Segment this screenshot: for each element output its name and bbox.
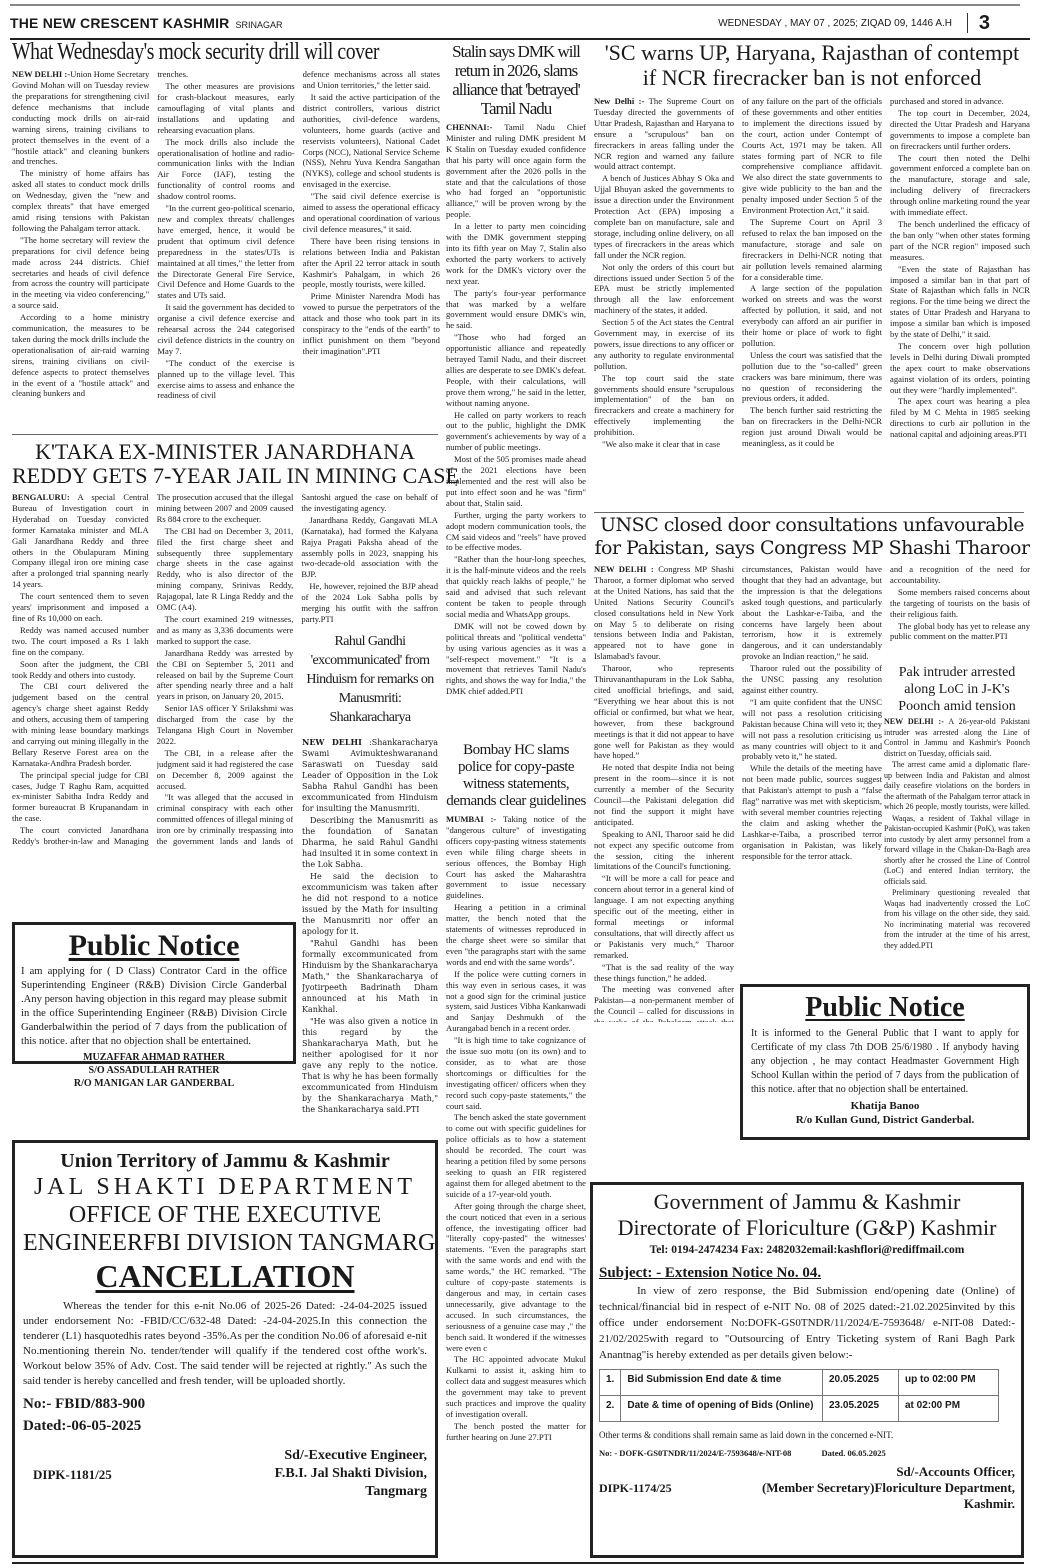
- notice-ref-line: No: - DOFK-GS0TNDR/11/2024/E-7593648/e-N…: [599, 1448, 1015, 1458]
- notice-ref-number: No:- FBID/883-900: [23, 1393, 427, 1415]
- paragraph: Waqas, a resident of Takhal village in P…: [884, 814, 1030, 888]
- paragraph: "The conduct of the exercise is planned …: [157, 358, 294, 402]
- headline-line-1: K'TAKA EX-MINISTER JANARDHANA: [12, 440, 438, 464]
- signatory-name: MUZAFFAR AHMAD RATHER: [21, 1051, 287, 1064]
- headline: 'SC warns UP, Haryana, Rajasthan of cont…: [594, 40, 1030, 90]
- paragraph: Tharoor ruled out the possibility of the…: [742, 663, 882, 696]
- paragraph: circumstances, Pakistan would have thoug…: [742, 564, 882, 662]
- paragraph: "It was alleged that the accused in crim…: [157, 792, 294, 848]
- article-sc-firecracker: 'SC warns UP, Haryana, Rajasthan of cont…: [594, 40, 1030, 508]
- dipk-number: DIPK-1174/25: [599, 1481, 672, 1496]
- dateline: NEW DELHI :: [594, 564, 654, 574]
- headline: Stalin says DMK will return in 2026, sla…: [446, 42, 586, 118]
- paragraph: Prime Minister Narendra Modi has vowed t…: [303, 291, 440, 356]
- paragraph: The court examined 219 witnesses, and as…: [157, 614, 294, 647]
- paragraph: The bench underlined the efficacy of the…: [890, 219, 1030, 263]
- column-2: The prosecution accused that the illegal…: [157, 492, 294, 848]
- paragraph: A bench of Justices Abhay S Oka and Ujja…: [594, 173, 734, 260]
- notice-signatory: Sd/-Accounts Officer, (Member Secretary)…: [762, 1464, 1015, 1512]
- paragraph: The bench posted the matter for further …: [446, 1421, 586, 1443]
- notice-signatory: MUZAFFAR AHMAD RATHER S/O ASSADULLAH RAT…: [21, 1051, 287, 1090]
- signatory-department: (Member Secretary)Floriculture Departmen…: [762, 1480, 1015, 1496]
- notice-ref-number: No: - DOFK-GS0TNDR/11/2024/E-7593648/e-N…: [599, 1448, 791, 1458]
- notice-body: It is informed to the General Public tha…: [751, 1027, 1019, 1097]
- column-1: BENGALURU: A special Central Bureau of I…: [12, 492, 149, 848]
- paragraph: "We also make it clear that in case: [594, 439, 734, 450]
- paragraph: According to a home ministry communicati…: [12, 312, 149, 399]
- paragraph: purchased and stored in advance.: [890, 96, 1030, 107]
- signatory-title: Sd/-Accounts Officer,: [762, 1464, 1015, 1480]
- notice-footer: Sd/-Executive Engineer, F.B.I. Jal Shakt…: [23, 1447, 427, 1527]
- bid-schedule-table: 1. Bid Submission End date & time 20.05.…: [599, 1369, 999, 1422]
- paragraph: The court sentenced them to seven years'…: [12, 591, 149, 624]
- paragraph: The meeting was convened after Pakistan—…: [594, 984, 734, 1022]
- row-number: 1.: [600, 1370, 621, 1396]
- headline: Bombay HC slams police for copy-paste wi…: [446, 742, 586, 810]
- paragraph: "In the current geo-political scenario, …: [157, 203, 294, 301]
- paragraph: Senior IAS officer Y Srilakshmi was disc…: [157, 703, 294, 747]
- article-bombay-hc: Bombay HC slams police for copy-paste wi…: [446, 742, 586, 1559]
- column-1: New Delhi :- The Supreme Court on Tuesda…: [594, 96, 734, 508]
- paragraph: "He was also given a notice in this rega…: [302, 1016, 438, 1115]
- paragraph: He noted that despite India not being pr…: [594, 762, 734, 827]
- notice-authority: Union Territory of Jammu & Kashmir: [23, 1149, 427, 1173]
- paragraph: DMK will not be cowed down by political …: [446, 621, 586, 697]
- paragraph: If the police were cutting corners in th…: [446, 969, 586, 1034]
- headline: Pak intruder arrested along LoC in J-K's…: [884, 664, 1030, 715]
- column-3: and a recognition of the need for accoun…: [890, 564, 1030, 644]
- row-number: 2.: [600, 1396, 621, 1422]
- jal-shakti-cancellation-notice: Union Territory of Jammu & Kashmir JAL S…: [12, 1140, 438, 1558]
- paragraph: Some members raised concerns about the t…: [890, 587, 1030, 620]
- paragraph: The mock drills also include the operati…: [157, 137, 294, 202]
- column-2: of any failure on the part of the offici…: [742, 96, 882, 508]
- notice-title: Public Notice: [21, 929, 287, 963]
- paragraph: He, however, rejoined the BJP ahead of t…: [301, 581, 438, 625]
- notice-signatory: Sd/-Executive Engineer, F.B.I. Jal Shakt…: [275, 1447, 427, 1501]
- signatory-location: Kashmir.: [762, 1496, 1015, 1512]
- column-2: trenches. The other measures are provisi…: [157, 69, 294, 427]
- signatory-location: Tangmarg: [275, 1483, 427, 1501]
- article-body: CHENNAI:- Tamil Nadu Chief Minister and …: [446, 122, 586, 722]
- paragraph: Not only the orders of this court but di…: [594, 262, 734, 317]
- table-row: 2. Date & time of opening of Bids (Onlin…: [600, 1396, 999, 1422]
- headline-line-2: REDDY GETS 7-YEAR JAIL IN MINING CASE: [12, 464, 438, 488]
- notice-department: JAL SHAKTI DEPARTMENT: [23, 1173, 427, 1201]
- notice-date: Dated. 06.05.2025: [821, 1448, 885, 1458]
- paragraph: trenches.: [157, 69, 294, 80]
- article-body: NEW DELHI :-Union Home Secretary Govind …: [12, 69, 440, 427]
- paragraph: The HC appointed advocate Mukul Kulkarni…: [446, 1354, 586, 1419]
- newspaper-title: THE NEW CRESCENT KASHMIR: [10, 15, 229, 31]
- paragraph: “It will be more a call for peace and co…: [594, 873, 734, 960]
- paragraph: There have been rising tensions in relat…: [303, 236, 440, 291]
- paragraph: The prosecution accused that the illegal…: [157, 492, 294, 525]
- headline-line-1: UNSC closed door consultations unfavoura…: [594, 514, 1030, 537]
- paragraph: "It is high time to take cognizance of t…: [446, 1035, 586, 1111]
- notice-title: CANCELLATION: [23, 1257, 427, 1295]
- paragraph: As of now, no formal statement has been …: [742, 862, 882, 864]
- article-pak-intruder: Pak intruder arrested along LoC in J-K's…: [884, 664, 1030, 1007]
- column-1: NEW DELHI :-Union Home Secretary Govind …: [12, 69, 149, 427]
- article-mock-drill: What Wednesday's mock security drill wil…: [12, 40, 440, 427]
- signatory-parent: S/O ASSADULLAH RATHER: [21, 1064, 287, 1077]
- dateline: MUMBAI :-: [446, 814, 496, 824]
- paragraph: Soon after the judgment, the CBI took Re…: [12, 659, 149, 681]
- row-time: up to 02:00 PM: [899, 1370, 999, 1396]
- paragraph: The court convicted Janardhana Reddy's b…: [12, 825, 149, 848]
- paragraph: The bench asked the state government to …: [446, 1112, 586, 1199]
- column-1: NEW DELHI : Congress MP Shashi Tharoor, …: [594, 564, 734, 1022]
- paragraph: The top court said the state governments…: [594, 373, 734, 438]
- column-3: purchased and stored in advance. The top…: [890, 96, 1030, 508]
- dateline: CHENNAI:-: [446, 122, 492, 132]
- paragraph: He called on party workers to reach out …: [446, 410, 586, 454]
- notice-body: In view of zero response, the Bid Submis…: [599, 1283, 1015, 1363]
- paragraph: Preliminary questioning revealed that Wa…: [884, 888, 1030, 951]
- notice-body: Whereas the tender for this e-nit No.06 …: [23, 1299, 427, 1389]
- article-body: MUMBAI :- Taking notice of the "dangerou…: [446, 814, 586, 1559]
- paragraph: "The said civil defence exercise is aime…: [303, 191, 440, 235]
- notice-office: OFFICE OF THE EXECUTIVE: [23, 1201, 427, 1229]
- notice-footer: Sd/-Accounts Officer, (Member Secretary)…: [599, 1464, 1015, 1524]
- paragraph: The Supreme Court on Tuesday directed th…: [594, 96, 734, 171]
- paragraph: "The home secretary will review the prep…: [12, 235, 149, 311]
- article-rahul-gandhi: Rahul Gandhi 'excommunicated' from Hindu…: [302, 632, 438, 1157]
- divider: [12, 434, 438, 435]
- headline-line-1: 'SC warns UP, Haryana, Rajasthan of cont…: [594, 40, 1030, 65]
- paragraph: Section 5 of the Act states the Central …: [594, 317, 734, 372]
- paragraph: "Rahul Gandhi has been formally excommun…: [302, 938, 438, 1015]
- top-rule: [10, 4, 1020, 6]
- notice-body: I am applying for ( D Class) Contrator C…: [21, 965, 287, 1049]
- headline: UNSC closed door consultations unfavoura…: [594, 514, 1030, 560]
- headline: K'TAKA EX-MINISTER JANARDHANA REDDY GETS…: [12, 440, 438, 488]
- paragraph: A special Central Bureau of Investigatio…: [12, 492, 149, 589]
- paragraph: Describing the Manusmriti as the foundat…: [302, 815, 438, 870]
- notice-signatory: Khatija Banoo R/o Kullan Gund, District …: [751, 1099, 1019, 1127]
- paragraph: The global body has yet to release any p…: [890, 621, 1030, 643]
- paragraph: of any failure on the part of the offici…: [742, 96, 882, 216]
- paragraph: The bench further said restricting the b…: [742, 405, 882, 449]
- table-row: 1. Bid Submission End date & time 20.05.…: [600, 1370, 999, 1396]
- headline-line-2: if NCR firecracker ban is not enforced: [594, 65, 1030, 90]
- paragraph: The arrest came amid a diplomatic flare-…: [884, 760, 1030, 813]
- notice-title: Public Notice: [751, 991, 1019, 1025]
- paragraph: Reddy was named accused number two. The …: [12, 625, 149, 658]
- paragraph: Janardhana Reddy, Gangavati MLA (Karnata…: [301, 515, 438, 580]
- paragraph: Congress MP Shashi Tharoor, a former dip…: [594, 564, 734, 661]
- article-body: NEW DELHI :Shankaracharya Swami Avimukte…: [302, 737, 438, 1157]
- floriculture-extension-notice: Government of Jammu & Kashmir Directorat…: [590, 1182, 1024, 1558]
- signatory-address: R/o Kullan Gund, District Ganderbal.: [751, 1113, 1019, 1127]
- notice-authority: Government of Jammu & Kashmir: [599, 1189, 1015, 1215]
- signatory-name: Khatija Banoo: [751, 1099, 1019, 1113]
- row-time: at 02:00 PM: [899, 1396, 999, 1422]
- paragraph: After going through the charge sheet, th…: [446, 1201, 586, 1354]
- paragraph: Further, urging the party workers to ado…: [446, 510, 586, 554]
- notice-terms: Other terms & conditions shall remain sa…: [599, 1430, 1015, 1440]
- paragraph: and a recognition of the need for accoun…: [890, 564, 1030, 586]
- paragraph: It said the government has decided to or…: [157, 302, 294, 357]
- row-item: Bid Submission End date & time: [621, 1370, 823, 1396]
- paragraph: :Shankaracharya Swami Avimukteshwaranand…: [302, 738, 438, 813]
- paragraph: Santoshi argued the case on behalf of th…: [301, 492, 438, 514]
- paragraph: Taking notice of the "dangerous culture"…: [446, 814, 586, 900]
- public-notice-certificate: Public Notice It is informed to the Gene…: [740, 984, 1030, 1140]
- column-3: defence mechanisms across all states and…: [303, 69, 440, 427]
- dateline: BENGALURU:: [12, 492, 70, 502]
- public-notice-contractor-card: Public Notice I am applying for ( D Clas…: [12, 922, 296, 1064]
- row-date: 20.05.2025: [823, 1370, 899, 1396]
- paragraph: "Rather than the hour-long speeches, it …: [446, 554, 586, 619]
- paragraph: The party's four-year performance that w…: [446, 288, 586, 332]
- headline-line-2: for Pakistan, says Congress MP Shashi Th…: [594, 537, 1030, 560]
- paragraph: The other measures are provisions for cr…: [157, 81, 294, 136]
- masthead: THE NEW CRESCENT KASHMIR SRINAGAR WEDNES…: [10, 10, 1030, 36]
- signatory-address: R/O MANIGAN LAR GANDERBAL: [21, 1077, 287, 1090]
- paragraph: The principal special judge for CBI case…: [12, 770, 149, 825]
- paragraph: Tharoor, who represents Thiruvananthapur…: [594, 663, 734, 761]
- paragraph: The ministry of home affairs has asked a…: [12, 168, 149, 233]
- column-2: circumstances, Pakistan would have thoug…: [742, 564, 882, 864]
- paragraph: defence mechanisms across all states and…: [303, 69, 440, 91]
- paragraph: "Those who had forged an opportunistic a…: [446, 332, 586, 408]
- paragraph: Most of the 505 promises made ahead of t…: [446, 454, 586, 509]
- notice-date: Dated:-06-05-2025: [23, 1415, 427, 1437]
- headline: What Wednesday's mock security drill wil…: [12, 40, 438, 65]
- page-number: 3: [979, 12, 990, 35]
- paragraph: The CBI, in a release after the judgment…: [157, 748, 294, 792]
- newspaper-city: SRINAGAR: [235, 20, 282, 30]
- paragraph: He said the decision to excommunicism wa…: [302, 871, 438, 937]
- dateline: NEW DELHI :-: [884, 717, 944, 726]
- masthead-separator: [967, 13, 968, 33]
- notice-subject: Subject: - Extension Notice No. 04.: [599, 1263, 1015, 1283]
- divider: [594, 512, 1024, 513]
- article-body: New Delhi :- The Supreme Court on Tuesda…: [594, 96, 1030, 508]
- paragraph: The apex court was hearing a plea filed …: [890, 396, 1030, 440]
- paragraph: Tamil Nadu Chief Minister and ruling DMK…: [446, 122, 586, 219]
- paragraph: Janardhana Reddy was arrested by the CBI…: [157, 648, 294, 703]
- dateline: New Delhi :-: [594, 96, 644, 106]
- paragraph: Union Home Secretary Govind Mohan will o…: [12, 69, 149, 166]
- paragraph: While the details of the meeting have no…: [742, 763, 882, 861]
- bottom-rule: [12, 1562, 1024, 1564]
- notice-division: ENGINEERFBI DIVISION TANGMARG: [23, 1229, 427, 1257]
- headline: Rahul Gandhi 'excommunicated' from Hindu…: [302, 632, 438, 727]
- signatory-title: Sd/-Executive Engineer,: [275, 1447, 427, 1465]
- article-stalin: Stalin says DMK will return in 2026, sla…: [446, 42, 586, 722]
- notice-contact: Tel: 0194-2474234 Fax: 2482032email:kash…: [599, 1241, 1015, 1259]
- paragraph: In a letter to party men coinciding with…: [446, 221, 586, 286]
- paragraph: Speaking to ANI, Tharoor said he did not…: [594, 829, 734, 873]
- dipk-number: DIPK-1181/25: [33, 1467, 112, 1483]
- signatory-division: F.B.I. Jal Shakti Division,: [275, 1465, 427, 1483]
- article-body: NEW DELHI :- A 26-year-old Pakistani int…: [884, 717, 1030, 1007]
- paragraph: The CBI had on December 3, 2011, filed t…: [157, 526, 294, 613]
- paragraph: It said the active participation of the …: [303, 92, 440, 190]
- row-item: Date & time of opening of Bids (Online): [621, 1396, 823, 1422]
- dateline: NEW DELHI: [302, 737, 362, 747]
- issue-date: WEDNESDAY , MAY 07 , 2025; ZIQAD 09, 144…: [718, 18, 952, 29]
- paragraph: A large section of the population worked…: [742, 283, 882, 348]
- paragraph: Hearing a petition in a criminal matter,…: [446, 902, 586, 967]
- paragraph: The CBI court delivered the judgement ba…: [12, 681, 149, 768]
- notice-directorate: Directorate of Floriculture (G&P) Kashmi…: [599, 1215, 1015, 1241]
- dateline: NEW DELHI :-: [12, 69, 70, 79]
- paragraph: The top court in December, 2024, directe…: [890, 108, 1030, 152]
- paragraph: “That is the sad reality of the way thes…: [594, 962, 734, 984]
- paragraph: The concern over high pollution levels i…: [890, 341, 1030, 396]
- row-date: 23.05.2025: [823, 1396, 899, 1422]
- paragraph: The Supreme Court on April 3 refused to …: [742, 217, 882, 282]
- paragraph: Unless the court was satisfied that the …: [742, 350, 882, 405]
- paragraph: The court then noted the Delhi governmen…: [890, 153, 1030, 218]
- paragraph: "Even the state of Rajasthan has imposed…: [890, 264, 1030, 340]
- paragraph: “I am quite confident that the UNSC will…: [742, 697, 882, 762]
